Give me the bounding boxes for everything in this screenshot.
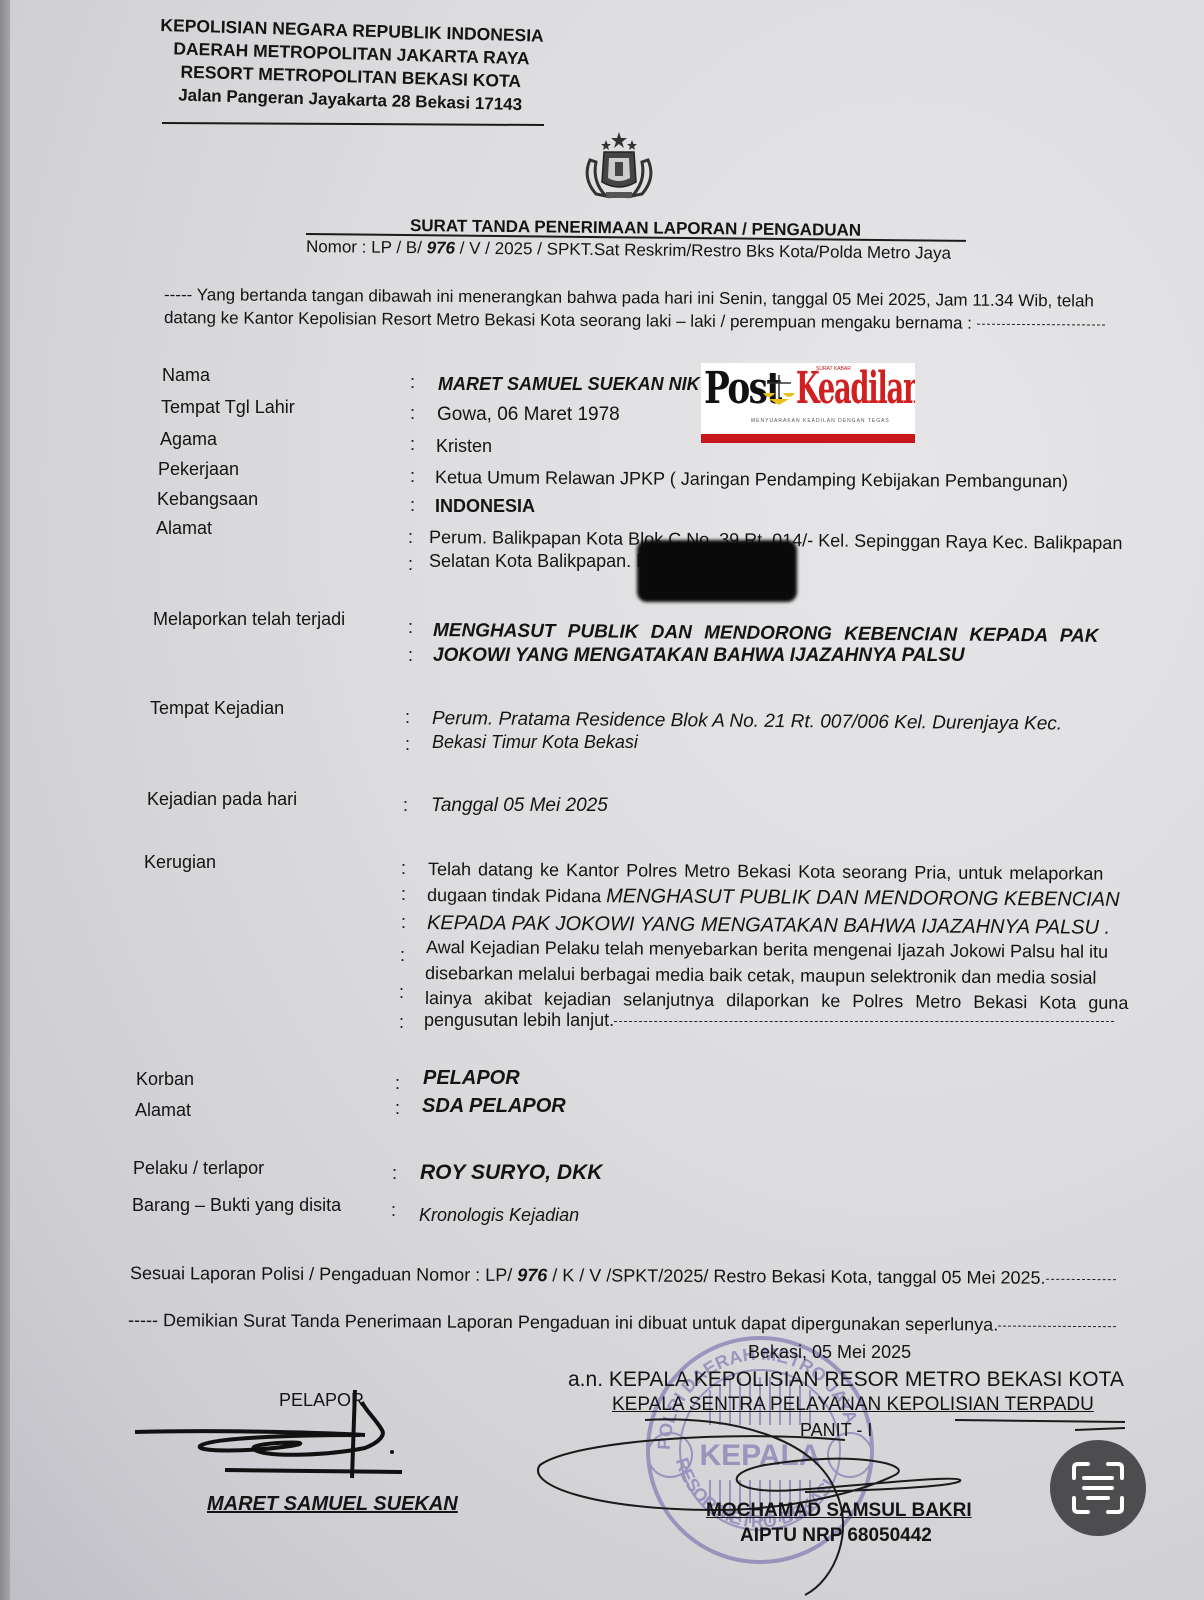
colon: : [408, 645, 413, 666]
value-kerugian-line-7: pengusutan lebih lanjut. [424, 1010, 1114, 1031]
colon: : [395, 1098, 400, 1119]
value-agama: Kristen [436, 436, 492, 457]
letterhead: KEPOLISIAN NEGARA REPUBLIK INDONESIA DAE… [157, 14, 544, 117]
an-kepala-line: a.n. KEPALA KEPOLISIAN RESOR METRO BEKAS… [568, 1368, 1124, 1392]
kerugian-text: dugaan tindak Pidana [427, 885, 606, 906]
kerugian-italic-text: MENGHASUT PUBLIK DAN MENDORONG KEBENCIAN [606, 885, 1120, 911]
colon: : [408, 617, 413, 638]
label-pekerjaan: Pekerjaan [158, 459, 239, 480]
colon: : [410, 403, 415, 424]
dash-fill [977, 324, 1105, 326]
police-emblem-icon [576, 130, 662, 204]
label-alamat-korban: Alamat [135, 1100, 191, 1121]
colon: : [403, 795, 408, 816]
sesuai-number: 976 [517, 1265, 547, 1285]
scales-of-justice-icon [761, 371, 797, 407]
label-tempat-kejadian: Tempat Kejadian [150, 698, 284, 719]
colon: : [399, 982, 404, 1003]
label-pelaku: Pelaku / terlapor [133, 1158, 264, 1179]
label-agama: Agama [160, 429, 217, 450]
page-edge [0, 0, 10, 1600]
label-barang-bukti: Barang – Bukti yang disita [132, 1195, 341, 1216]
sesuai-suffix: / K / V /SPKT/2025/ Restro Bekasi Kota, … [547, 1265, 1045, 1288]
colon: : [391, 1200, 396, 1221]
dash-fill [998, 1325, 1116, 1327]
value-kerugian-line-3: KEPADA PAK JOKOWI YANG MENGATAKAN BAHWA … [427, 912, 1110, 940]
dash-fill [614, 1021, 1114, 1022]
logo-keadilan-text: Keadilan [796, 363, 915, 414]
colon: : [410, 434, 415, 455]
sesuai-prefix: Sesuai Laporan Polisi / Pengaduan Nomor … [130, 1263, 517, 1285]
value-nama: MARET SAMUEL SUEKAN NIK : [438, 374, 711, 395]
label-ttl: Tempat Tgl Lahir [161, 397, 295, 418]
colon: : [401, 912, 406, 933]
value-ttl: Gowa, 06 Maret 1978 [437, 404, 620, 426]
colon: : [410, 495, 415, 516]
colon: : [405, 707, 410, 728]
colon: : [401, 884, 406, 905]
label-melaporkan: Melaporkan telah terjadi [153, 609, 345, 630]
text-scan-icon [1070, 1460, 1126, 1516]
colon: : [395, 1073, 400, 1094]
value-kerugian-line-2: dugaan tindak Pidana MENGHASUT PUBLIK DA… [427, 884, 1120, 912]
logo-tagline: MENYUARAKAN KEADILAN DENGAN TEGAS [751, 418, 890, 424]
text-scan-button[interactable] [1050, 1440, 1146, 1536]
redaction-mark [637, 540, 797, 602]
colon: : [410, 466, 415, 487]
value-barang-bukti: Kronologis Kejadian [419, 1205, 579, 1226]
value-pelaku: ROY SURYO, DKK [420, 1161, 602, 1185]
reporter-name: MARET SAMUEL SUEKAN [207, 1493, 458, 1516]
kerugian-last-text: pengusutan lebih lanjut. [424, 1010, 614, 1030]
value-alamat-korban: SDA PELAPOR [422, 1095, 566, 1118]
value-kejadian-hari: Tanggal 05 Mei 2025 [431, 795, 608, 817]
value-pekerjaan: Ketua Umum Relawan JPKP ( Jaringan Penda… [435, 467, 1068, 492]
label-alamat: Alamat [156, 518, 212, 539]
label-korban: Korban [136, 1069, 194, 1090]
newspaper-logo: Post SURAT KABAR Keadilan MENYUARAKAN KE… [701, 363, 915, 443]
officer-name: MOCHAMAD SAMSUL BAKRI [706, 1500, 972, 1522]
label-kebangsaan: Kebangsaan [157, 489, 258, 510]
nomor-suffix: / V / 2025 / SPKT.Sat Reskrim/Restro Bks… [455, 239, 951, 263]
colon: : [401, 858, 406, 879]
place-date: Bekasi, 05 Mei 2025 [748, 1342, 911, 1363]
reporter-signature [130, 1380, 420, 1480]
value-melaporkan-line-2: JOKOWI YANG MENGATAKAN BAHWA IJAZAHNYA P… [433, 645, 965, 667]
colon: : [405, 734, 410, 755]
colon: : [410, 372, 415, 393]
logo-red-bar [701, 434, 915, 443]
colon: : [392, 1163, 397, 1184]
officer-rank-nrp: AIPTU NRP 68050442 [740, 1525, 932, 1547]
nomor-number: 976 [427, 238, 456, 257]
colon: : [400, 945, 405, 966]
nomor-prefix: Nomor : LP / B/ [306, 237, 427, 257]
label-kerugian: Kerugian [144, 852, 216, 873]
colon: : [399, 1012, 404, 1033]
colon: : [408, 554, 413, 575]
colon: : [408, 527, 413, 548]
label-nama: Nama [162, 365, 210, 386]
value-tempat-line-2: Bekasi Timur Kota Bekasi [432, 732, 638, 753]
dash-fill [1046, 1279, 1116, 1280]
value-kebangsaan: INDONESIA [435, 496, 535, 517]
value-alamat-line-2: Selatan Kota Balikpapan. H [429, 551, 649, 572]
value-korban: PELAPOR [423, 1067, 520, 1090]
label-kejadian-hari: Kejadian pada hari [147, 789, 297, 810]
